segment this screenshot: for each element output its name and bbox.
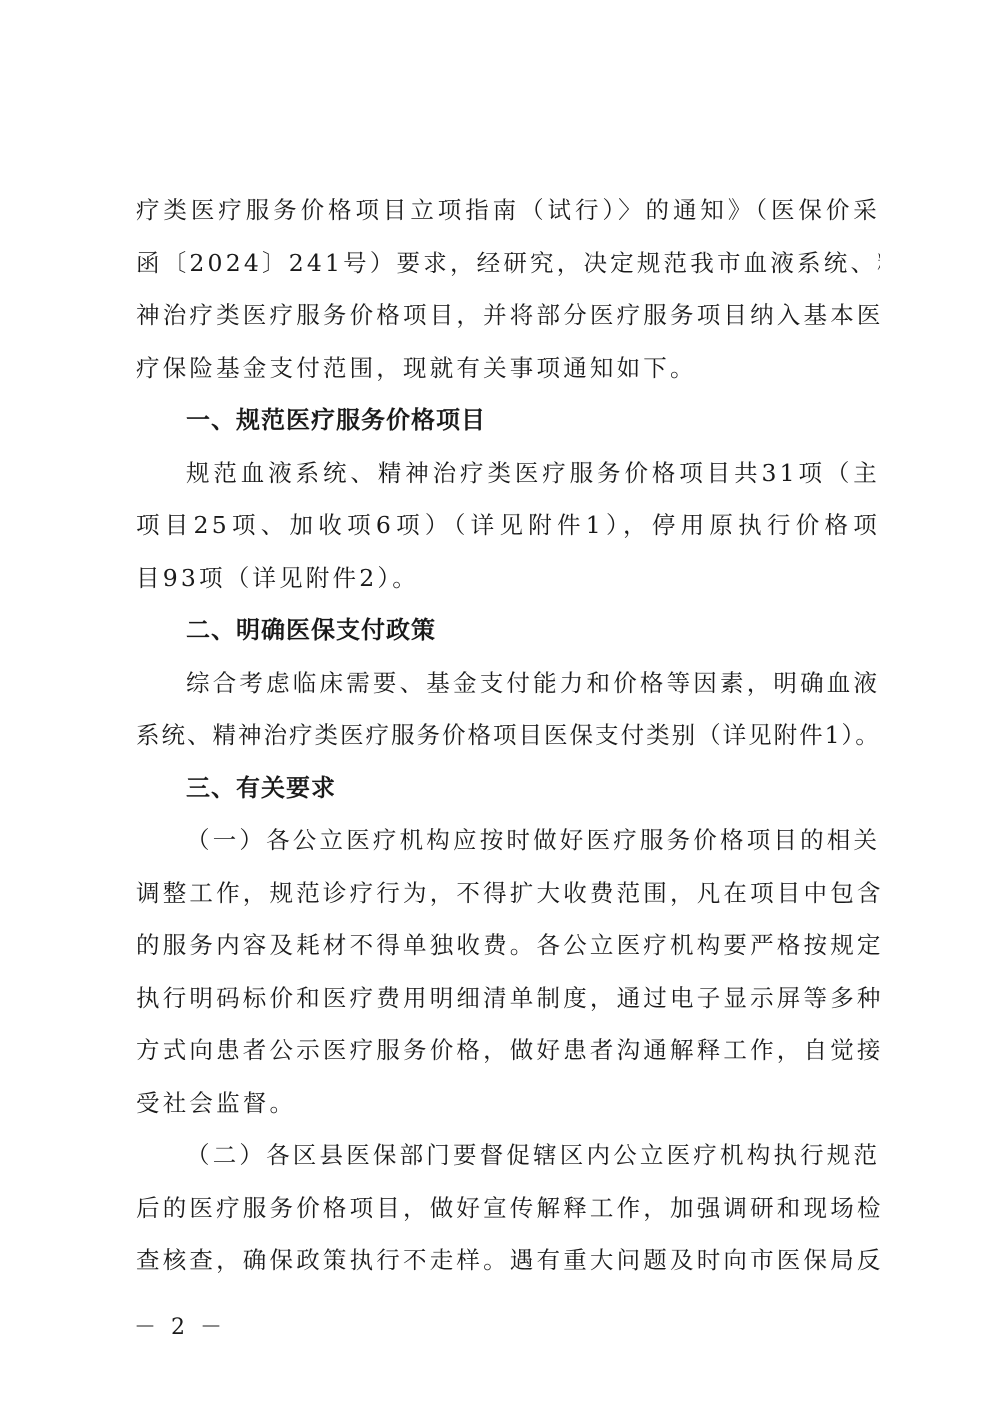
paragraph-section-1: 规范血液系统、精神治疗类医疗服务价格项目共31项（主 项目25项、加收项6项）（… — [136, 447, 880, 605]
text-line: 后的医疗服务价格项目，做好宣传解释工作，加强调研和现场检 — [136, 1182, 880, 1235]
text-line: 函〔2024〕241号）要求，经研究，决定规范我市血液系统、精 — [136, 237, 880, 290]
text-line: 方式向患者公示医疗服务价格，做好患者沟通解释工作，自觉接 — [136, 1024, 880, 1077]
text-line: 受社会监督。 — [136, 1077, 880, 1130]
text-line: （一）各公立医疗机构应按时做好医疗服务价格项目的相关 — [136, 814, 880, 867]
section-heading-1: 一、规范医疗服务价格项目 — [136, 394, 880, 447]
paragraph-section-2: 综合考虑临床需要、基金支付能力和价格等因素，明确血液 系统、精神治疗类医疗服务价… — [136, 657, 880, 762]
text-line: 综合考虑临床需要、基金支付能力和价格等因素，明确血液 — [136, 657, 880, 710]
paragraph-requirement-1: （一）各公立医疗机构应按时做好医疗服务价格项目的相关 调整工作，规范诊疗行为，不… — [136, 814, 880, 1129]
text-line: 目93项（详见附件2）。 — [136, 552, 880, 605]
text-line: 的服务内容及耗材不得单独收费。各公立医疗机构要严格按规定 — [136, 919, 880, 972]
section-heading-2: 二、明确医保支付政策 — [136, 604, 880, 657]
page-number: － 2 － — [134, 1310, 226, 1341]
text-line: 系统、精神治疗类医疗服务价格项目医保支付类别（详见附件1）。 — [136, 709, 880, 762]
text-line: 查核查，确保政策执行不走样。遇有重大问题及时向市医保局反 — [136, 1234, 880, 1287]
text-line: 神治疗类医疗服务价格项目，并将部分医疗服务项目纳入基本医 — [136, 289, 880, 342]
text-line: （二）各区县医保部门要督促辖区内公立医疗机构执行规范 — [136, 1129, 880, 1182]
document-page: 疗类医疗服务价格项目立项指南（试行）〉的通知》（医保价采 函〔2024〕241号… — [0, 0, 1000, 1414]
document-body: 疗类医疗服务价格项目立项指南（试行）〉的通知》（医保价采 函〔2024〕241号… — [136, 184, 880, 1287]
text-line: 疗类医疗服务价格项目立项指南（试行）〉的通知》（医保价采 — [136, 184, 880, 237]
section-heading-3: 三、有关要求 — [136, 762, 880, 815]
text-line: 执行明码标价和医疗费用明细清单制度，通过电子显示屏等多种 — [136, 972, 880, 1025]
text-line: 规范血液系统、精神治疗类医疗服务价格项目共31项（主 — [136, 447, 880, 500]
paragraph-requirement-2: （二）各区县医保部门要督促辖区内公立医疗机构执行规范 后的医疗服务价格项目，做好… — [136, 1129, 880, 1287]
text-line: 疗保险基金支付范围，现就有关事项通知如下。 — [136, 342, 880, 395]
paragraph-intro: 疗类医疗服务价格项目立项指南（试行）〉的通知》（医保价采 函〔2024〕241号… — [136, 184, 880, 394]
text-line: 调整工作，规范诊疗行为，不得扩大收费范围，凡在项目中包含 — [136, 867, 880, 920]
text-line: 项目25项、加收项6项）（详见附件1），停用原执行价格项 — [136, 499, 880, 552]
